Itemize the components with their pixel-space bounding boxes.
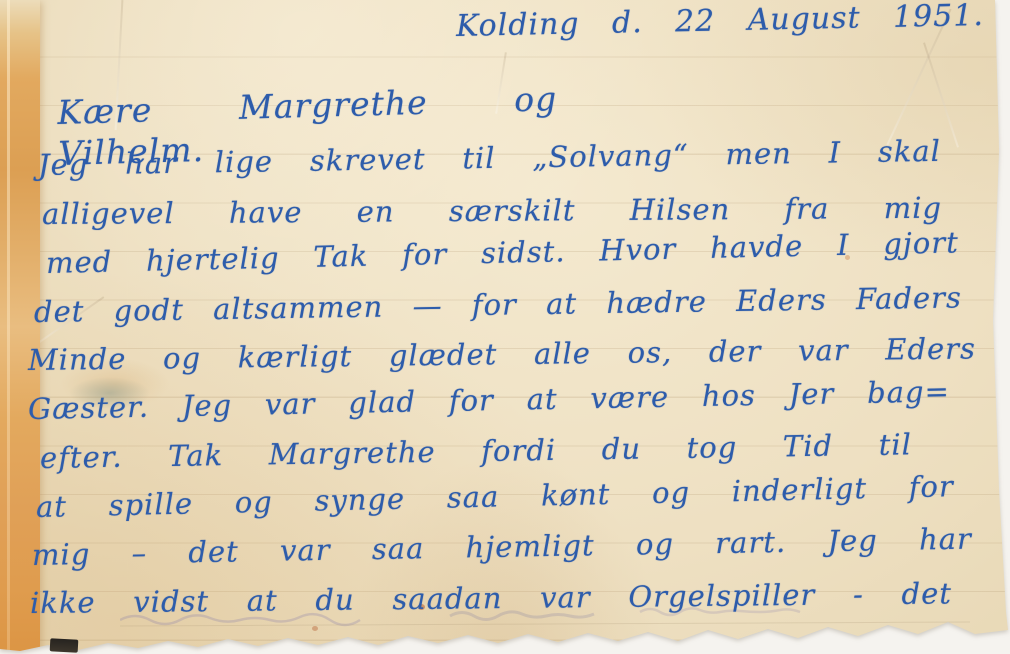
dark-mark — [50, 638, 79, 652]
letter-line: alligevel have en særskilt Hilsen fra mi… — [42, 190, 942, 233]
letter-page-wrap: Kolding d. 22 August 1951. Kære Margreth… — [0, 0, 1010, 654]
letter-page: Kolding d. 22 August 1951. Kære Margreth… — [0, 0, 1010, 654]
scanner-background: Kolding d. 22 August 1951. Kære Margreth… — [0, 0, 1010, 654]
